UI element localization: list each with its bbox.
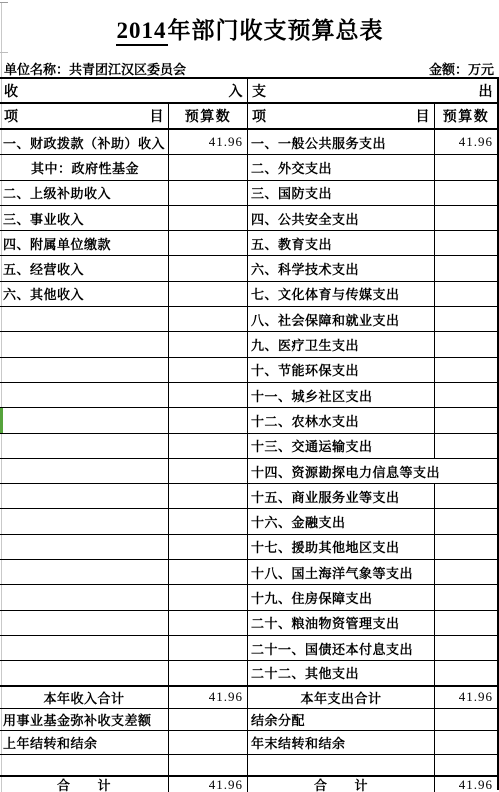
summary-row: 本年收入合计41.96本年支出合计41.96 (0, 687, 497, 709)
table-row: 十三、交通运输支出 (0, 434, 497, 459)
income-summary-value-cell (169, 709, 248, 730)
income-budget-cell (169, 408, 248, 432)
income-budget-cell (169, 661, 248, 684)
table-row: 五、经营收入六、科学技术支出 (0, 256, 497, 281)
income-summary-value-cell (169, 755, 248, 775)
expense-budget-cell (435, 636, 497, 660)
income-item-cell: 二、上级补助收入 (0, 181, 169, 205)
income-budget-cell (169, 383, 248, 407)
table-row: 十九、住房保障支出 (0, 585, 497, 610)
table-row: 二十、粮油物资管理支出 (0, 611, 497, 636)
income-budget-cell (169, 535, 248, 559)
expense-budget-cell (435, 535, 497, 559)
table-row: 三、事业收入四、公共安全支出 (0, 206, 497, 231)
page-row-tick (0, 52, 8, 53)
table-row: 十四、资源勘探电力信息等支出 (0, 459, 497, 484)
title-text: 年部门收支预算总表 (168, 18, 384, 43)
expense-summary-label-cell: 本年支出合计 (248, 687, 435, 708)
summary-row: 用事业基金弥补收支差额结余分配 (0, 709, 497, 731)
expense-budget-cell (435, 484, 497, 508)
item-header-first: 项 (252, 106, 267, 126)
income-budget-cell (169, 434, 248, 458)
selection-marker (0, 408, 3, 432)
meta-row: 单位名称：共青团江汉区委员会 金额：万元 (4, 59, 494, 77)
income-budget-cell (169, 585, 248, 609)
table-row: 六、其他收入七、文化体育与传媒支出 (0, 282, 497, 307)
expense-section-header: 支 出 (248, 79, 497, 102)
expense-budget-cell (435, 434, 497, 458)
expense-item-cell: 十九、住房保障支出 (248, 585, 435, 609)
expense-budget-column-header: 预算数 (435, 104, 497, 128)
expense-budget-cell (435, 155, 497, 179)
budget-table: 收 入 支 出 项 目 预算数 项 目 预算数 一、财政拨款（补助）收入41.9… (0, 77, 499, 790)
expense-item-cell: 十七、援助其他地区支出 (248, 535, 435, 559)
income-item-cell (0, 434, 169, 458)
income-item-cell (0, 611, 169, 635)
expense-item-cell: 二十、粮油物资管理支出 (248, 611, 435, 635)
expense-item-cell: 十六、金融支出 (248, 509, 435, 533)
income-budget-cell (169, 282, 248, 306)
expense-budget-cell (435, 611, 497, 635)
expense-budget-cell (435, 509, 497, 533)
expense-budget-cell (435, 256, 497, 280)
income-item-cell: 六、其他收入 (0, 282, 169, 306)
expense-summary-label-cell: 年末结转和结余 (248, 731, 435, 754)
expense-budget-cell (435, 585, 497, 609)
table-row: 十一、城乡社区支出 (0, 383, 497, 408)
income-item-cell (0, 661, 169, 684)
expense-item-cell: 四、公共安全支出 (248, 206, 435, 230)
budget-sheet-page: 2014年部门收支预算总表 单位名称：共青团江汉区委员会 金额：万元 收 入 支… (0, 0, 499, 792)
item-header-last: 目 (416, 106, 431, 126)
expense-item-column-header: 项 目 (248, 104, 435, 128)
expense-budget-cell (435, 358, 497, 382)
expense-item-cell: 二十一、国债还本付息支出 (248, 636, 435, 660)
expense-item-cell: 十、节能环保支出 (248, 358, 435, 382)
table-row: 四、附属单位缴款五、教育支出 (0, 231, 497, 256)
income-summary-label-cell: 上年结转和结余 (0, 731, 169, 754)
income-budget-cell (169, 459, 248, 483)
income-item-cell (0, 509, 169, 533)
expense-item-cell: 二十二、其他支出 (248, 661, 435, 684)
expense-header-first: 支 (252, 81, 267, 101)
table-row: 十二、农林水支出 (0, 408, 497, 433)
income-summary-label-cell: 用事业基金弥补收支差额 (0, 709, 169, 730)
income-item-cell (0, 560, 169, 584)
income-summary-label-cell: 合 计 (0, 777, 169, 792)
income-budget-cell: 41.96 (169, 130, 248, 154)
expense-summary-value-cell (435, 731, 497, 754)
expense-item-cell: 十四、资源勘探电力信息等支出 (248, 459, 435, 483)
expense-item-cell: 五、教育支出 (248, 231, 435, 255)
income-budget-cell (169, 509, 248, 533)
table-row: 一、财政拨款（补助）收入41.96一、一般公共服务支出41.96 (0, 130, 497, 155)
expense-summary-value-cell: 41.96 (435, 687, 497, 708)
income-budget-cell (169, 560, 248, 584)
income-budget-cell (169, 181, 248, 205)
expense-item-cell: 十八、国土海洋气象等支出 (248, 560, 435, 584)
table-row: 十五、商业服务业等支出 (0, 484, 497, 509)
income-item-cell (0, 484, 169, 508)
income-item-cell (0, 383, 169, 407)
section-header-row: 收 入 支 出 (0, 79, 497, 104)
income-summary-value-cell: 41.96 (169, 687, 248, 708)
table-row: 二十一、国债还本付息支出 (0, 636, 497, 661)
income-budget-cell (169, 484, 248, 508)
expense-summary-value-cell (435, 755, 497, 775)
page-corner-tick (0, 2, 8, 3)
expense-budget-cell (435, 560, 497, 584)
summary-row: 上年结转和结余年末结转和结余 (0, 731, 497, 755)
income-item-cell: 其中：政府性基金 (0, 155, 169, 179)
expense-item-cell: 十五、商业服务业等支出 (248, 484, 435, 508)
expense-header-last: 出 (479, 81, 494, 101)
income-item-cell (0, 636, 169, 660)
expense-budget-cell (435, 383, 497, 407)
income-summary-value-cell (169, 731, 248, 754)
income-item-column-header: 项 目 (0, 104, 169, 128)
income-budget-cell (169, 155, 248, 179)
income-budget-cell (169, 358, 248, 382)
income-item-cell (0, 585, 169, 609)
expense-summary-label-cell (248, 755, 435, 775)
expense-budget-cell: 41.96 (435, 130, 497, 154)
table-row: 其中：政府性基金二、外交支出 (0, 155, 497, 180)
income-budget-cell (169, 206, 248, 230)
income-budget-column-header: 预算数 (169, 104, 248, 128)
expense-item-cell: 三、国防支出 (248, 181, 435, 205)
item-header-last: 目 (150, 106, 165, 126)
expense-item-cell: 七、文化体育与传媒支出 (248, 282, 435, 306)
table-row: 八、社会保障和就业支出 (0, 307, 497, 332)
summary-row: 合 计41.96合 计41.96 (0, 777, 497, 792)
income-item-cell: 三、事业收入 (0, 206, 169, 230)
income-section-header: 收 入 (0, 79, 248, 102)
expense-budget-cell (435, 282, 497, 306)
expense-budget-cell (435, 459, 497, 483)
income-budget-cell (169, 256, 248, 280)
table-row: 二、上级补助收入三、国防支出 (0, 181, 497, 206)
expense-budget-cell (435, 206, 497, 230)
expense-summary-label-cell: 结余分配 (248, 709, 435, 730)
expense-item-cell: 二、外交支出 (248, 155, 435, 179)
table-row: 十七、援助其他地区支出 (0, 535, 497, 560)
unit-name-label: 单位名称：共青团江汉区委员会 (4, 59, 186, 78)
income-item-cell (0, 535, 169, 559)
table-row: 九、医疗卫生支出 (0, 332, 497, 357)
income-item-cell: 一、财政拨款（补助）收入 (0, 130, 169, 154)
income-budget-cell (169, 636, 248, 660)
expense-summary-value-cell (435, 709, 497, 730)
expense-budget-cell (435, 408, 497, 432)
income-item-cell (0, 307, 169, 331)
expense-summary-label-cell: 合 计 (248, 777, 435, 792)
table-row: 十六、金融支出 (0, 509, 497, 534)
income-header-first: 收 (4, 81, 19, 101)
column-header-row: 项 目 预算数 项 目 预算数 (0, 104, 497, 130)
income-budget-cell (169, 332, 248, 356)
page-title: 2014年部门收支预算总表 (0, 12, 499, 45)
expense-budget-cell (435, 181, 497, 205)
income-item-cell (0, 332, 169, 356)
expense-item-cell: 八、社会保障和就业支出 (248, 307, 435, 331)
income-budget-cell (169, 307, 248, 331)
expense-item-cell: 一、一般公共服务支出 (248, 130, 435, 154)
table-row: 十八、国土海洋气象等支出 (0, 560, 497, 585)
expense-summary-value-cell: 41.96 (435, 777, 497, 792)
income-summary-label-cell (0, 755, 169, 775)
income-budget-cell (169, 611, 248, 635)
income-item-cell (0, 358, 169, 382)
item-header-first: 项 (4, 106, 19, 126)
expense-budget-cell (435, 332, 497, 356)
expense-item-cell: 九、医疗卫生支出 (248, 332, 435, 356)
income-summary-label-cell: 本年收入合计 (0, 687, 169, 708)
expense-item-cell: 十一、城乡社区支出 (248, 383, 435, 407)
income-summary-value-cell: 41.96 (169, 777, 248, 792)
expense-budget-cell (435, 307, 497, 331)
income-item-cell (0, 459, 169, 483)
summary-row (0, 755, 497, 777)
income-item-cell: 四、附属单位缴款 (0, 231, 169, 255)
table-row: 二十二、其他支出 (0, 661, 497, 686)
income-header-last: 入 (229, 81, 244, 101)
expense-budget-cell (435, 661, 497, 684)
expense-item-cell: 六、科学技术支出 (248, 256, 435, 280)
income-item-cell: 五、经营收入 (0, 256, 169, 280)
amount-unit-label: 金额：万元 (429, 59, 494, 78)
expense-item-cell: 十二、农林水支出 (248, 408, 435, 432)
income-budget-cell (169, 231, 248, 255)
title-year-underlined: 2014 (116, 18, 168, 46)
expense-budget-cell (435, 231, 497, 255)
expense-item-cell: 十三、交通运输支出 (248, 434, 435, 458)
income-item-cell (0, 408, 169, 432)
table-row: 十、节能环保支出 (0, 358, 497, 383)
